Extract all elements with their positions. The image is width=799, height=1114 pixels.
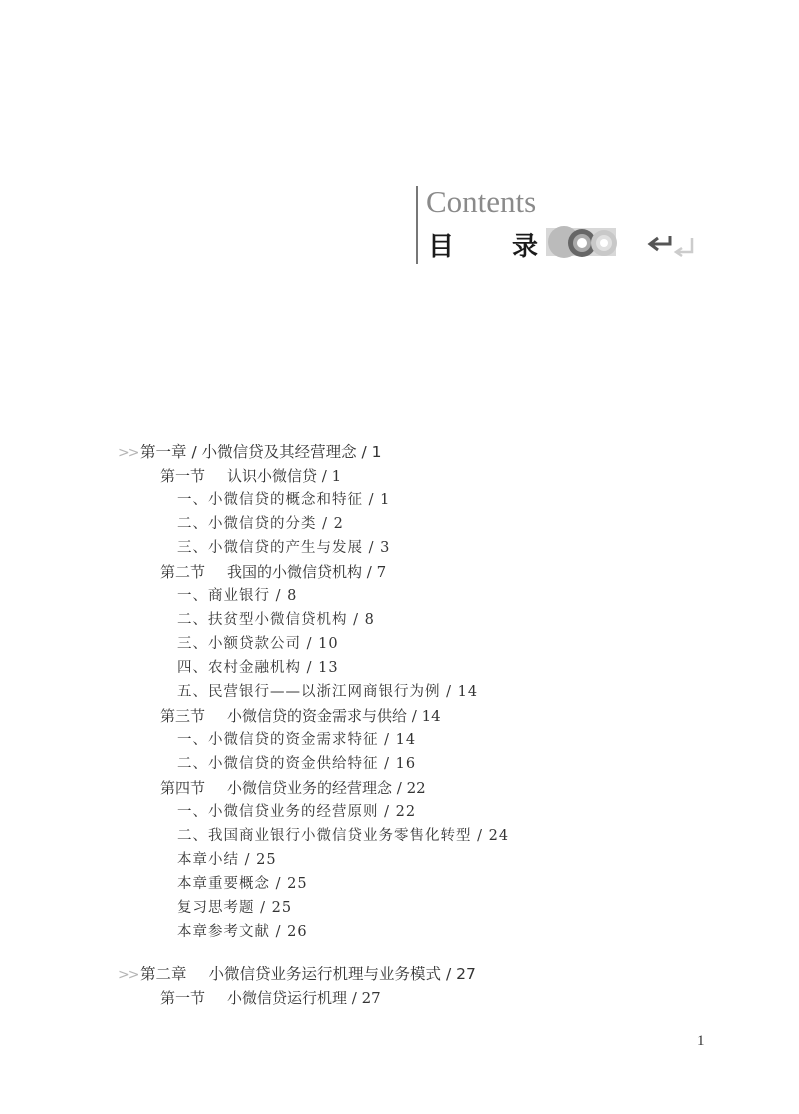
toc-item[interactable]: 一、小微信贷的概念和特征 / 1 [177, 490, 390, 510]
toc-chapter[interactable]: >>第一章 / 小微信贷及其经营理念 / 1 [144, 442, 382, 463]
toc-item[interactable]: 四、农村金融机构 / 13 [177, 658, 339, 678]
toc-item[interactable]: 三、小额贷款公司 / 10 [177, 634, 339, 654]
contents-title-en: Contents [426, 184, 536, 220]
toc-item[interactable]: 二、扶贫型小微信贷机构 / 8 [177, 610, 375, 630]
section-label: 第四节 [160, 779, 205, 797]
toc-section[interactable]: 第三节小微信贷的资金需求与供给 / 14 [160, 706, 441, 726]
toc-section[interactable]: 第四节小微信贷业务的经营理念 / 22 [160, 778, 426, 798]
title-char-2: 录 [512, 232, 538, 262]
toc-item[interactable]: 五、民营银行——以浙江网商银行为例 / 14 [177, 682, 478, 702]
toc-section[interactable]: 第一节小微信贷运行机理 / 27 [160, 988, 381, 1008]
chapter-label: 第二章 [140, 965, 187, 983]
toc-extra-concepts[interactable]: 本章重要概念 / 25 [177, 874, 308, 894]
section-title: 我国的小微信贷机构 / 7 [227, 563, 386, 581]
section-title: 小微信贷运行机理 / 27 [227, 989, 381, 1007]
section-title: 认识小微信贷 / 1 [227, 467, 341, 485]
section-label: 第三节 [160, 707, 205, 725]
section-title: 小微信贷业务的经营理念 / 22 [227, 779, 426, 797]
contents-title-zh: 目录 [428, 226, 538, 263]
toc-item[interactable]: 一、商业银行 / 8 [177, 586, 297, 606]
chevron-double-right-icon: >> [118, 443, 140, 463]
toc-extra-questions[interactable]: 复习思考题 / 25 [177, 898, 292, 918]
toc-item[interactable]: 一、小微信贷业务的经营原则 / 22 [177, 802, 416, 822]
chapter-label: 第一章 [140, 443, 187, 461]
section-title: 小微信贷的资金需求与供给 / 14 [227, 707, 441, 725]
title-char-1: 目 [428, 232, 454, 262]
toc-item[interactable]: 三、小微信贷的产生与发展 / 3 [177, 538, 390, 558]
toc-item[interactable]: 二、我国商业银行小微信贷业务零售化转型 / 24 [177, 826, 509, 846]
section-label: 第二节 [160, 563, 205, 581]
header-divider [416, 186, 418, 264]
toc-section[interactable]: 第一节认识小微信贷 / 1 [160, 466, 341, 486]
section-label: 第一节 [160, 989, 205, 1007]
toc-section[interactable]: 第二节我国的小微信贷机构 / 7 [160, 562, 386, 582]
toc-item[interactable]: 二、小微信贷的分类 / 2 [177, 514, 344, 534]
toc-chapter[interactable]: >>第二章小微信贷业务运行机理与业务模式 / 27 [144, 964, 476, 985]
toc-item[interactable]: 二、小微信贷的资金供给特征 / 16 [177, 754, 416, 774]
section-label: 第一节 [160, 467, 205, 485]
chevron-double-right-icon: >> [118, 965, 140, 985]
toc-extra-summary[interactable]: 本章小结 / 25 [177, 850, 277, 870]
decorative-circles-icon [546, 226, 696, 258]
toc-extra-references[interactable]: 本章参考文献 / 26 [177, 922, 308, 942]
toc-item[interactable]: 一、小微信贷的资金需求特征 / 14 [177, 730, 416, 750]
chapter-title: 小微信贷业务运行机理与业务模式 / 27 [209, 965, 476, 983]
chapter-title: / 小微信贷及其经营理念 / 1 [191, 443, 381, 461]
page-number: 1 [697, 1033, 705, 1050]
